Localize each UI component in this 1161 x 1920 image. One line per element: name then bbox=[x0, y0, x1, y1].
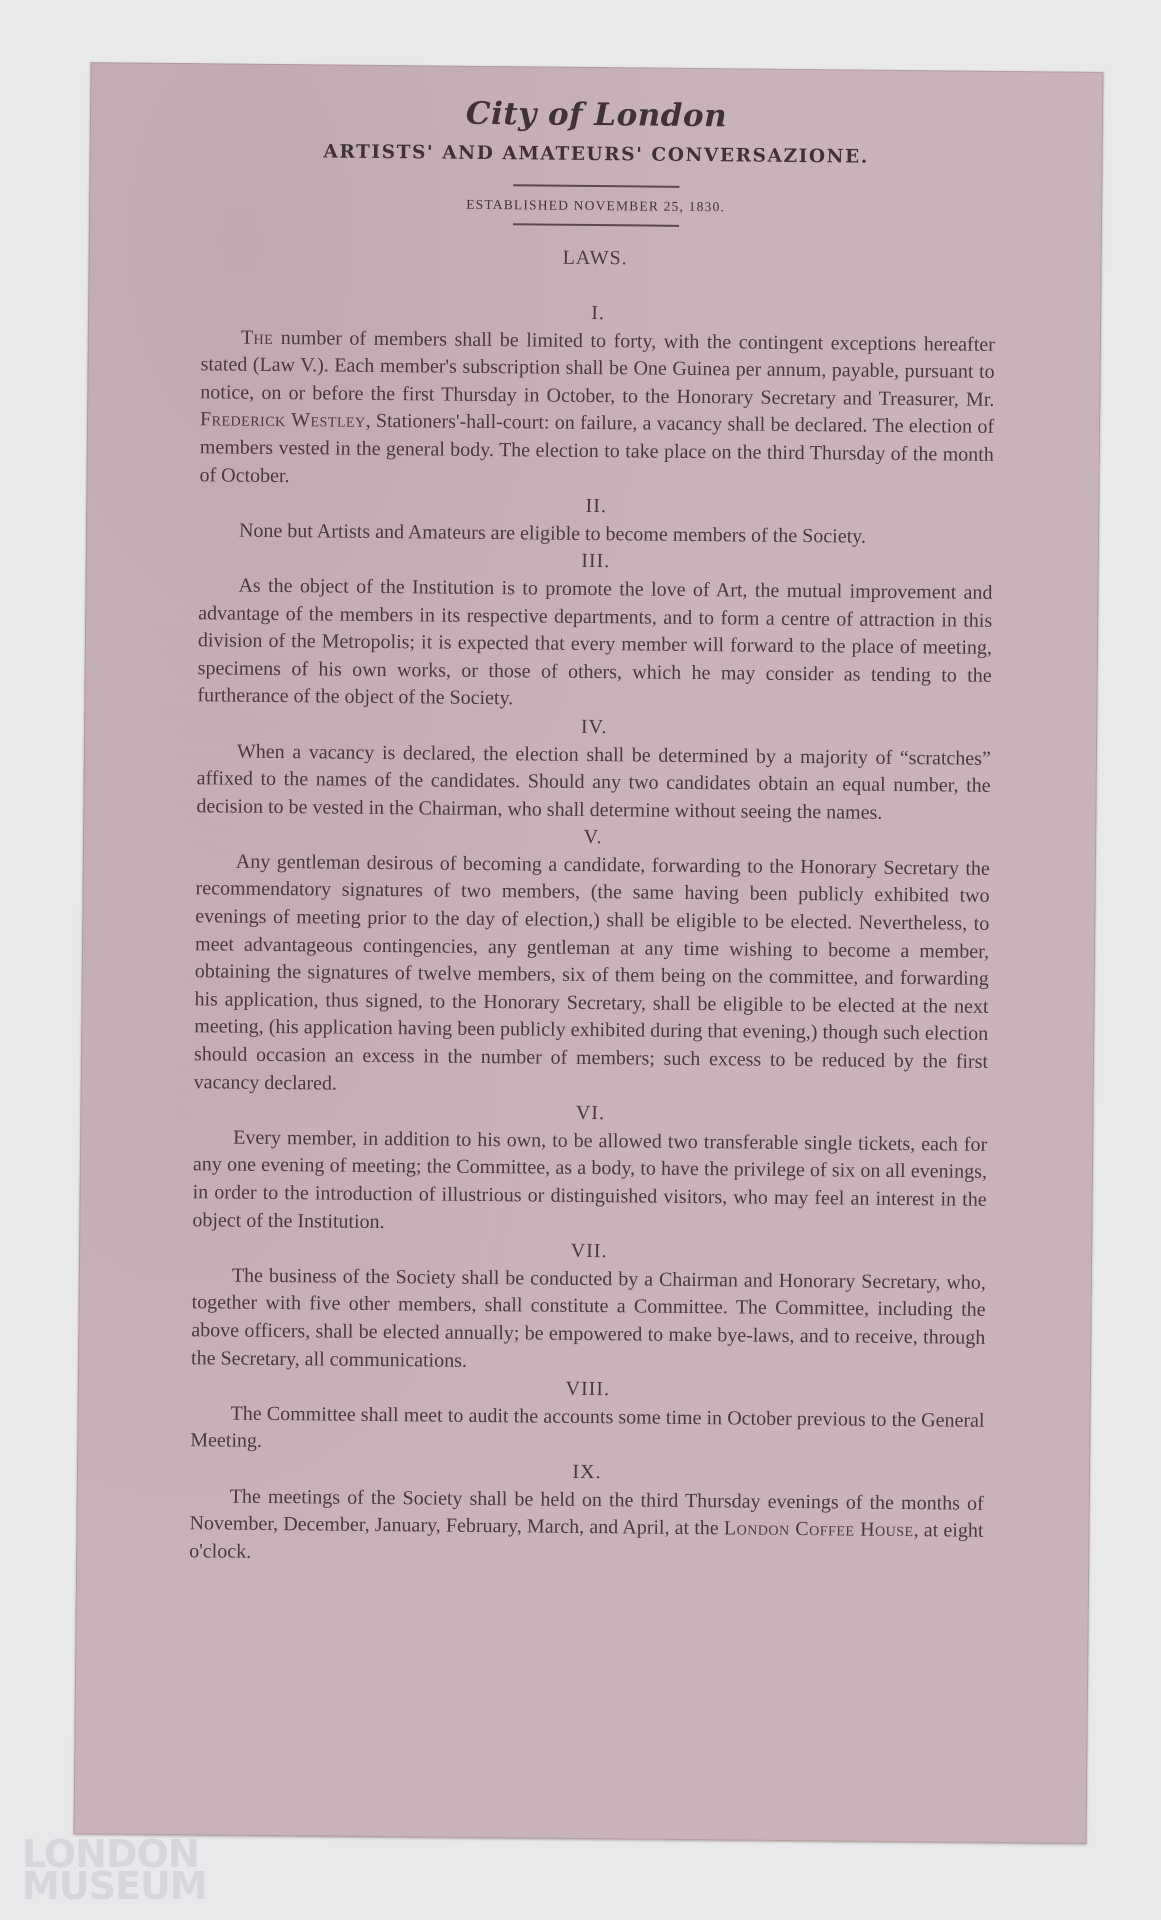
law-text: Every member, in addition to his own, to… bbox=[192, 1124, 987, 1242]
law-text: As the object of the Institution is to p… bbox=[197, 572, 992, 718]
established-date: ESTABLISHED NOVEMBER 25, 1830. bbox=[89, 192, 1102, 220]
divider-rule bbox=[513, 184, 679, 188]
laws-body: I. The number of members shall be limite… bbox=[189, 296, 995, 1573]
venue-name: London Coffee House bbox=[724, 1517, 914, 1541]
law-text: The meetings of the Society shall be hel… bbox=[189, 1483, 984, 1573]
divider-rule bbox=[512, 223, 678, 227]
watermark-line: MUSEUM bbox=[22, 1870, 207, 1902]
law-text: When a vacancy is declared, the election… bbox=[196, 738, 991, 828]
law-7: VII. The business of the Society shall b… bbox=[191, 1234, 986, 1380]
law-8: VIII. The Committee shall meet to audit … bbox=[190, 1372, 985, 1462]
law-text: The Committee shall meet to audit the ac… bbox=[190, 1400, 984, 1463]
document-title: City of London bbox=[90, 92, 1103, 138]
law-5: V. Any gentleman desirous of becoming a … bbox=[194, 821, 991, 1105]
law-3: III. As the object of the Institution is… bbox=[197, 545, 993, 718]
law-1: I. The number of members shall be limite… bbox=[199, 296, 995, 497]
law-text: Any gentleman desirous of becoming a can… bbox=[194, 848, 990, 1104]
law-6: VI. Every member, in addition to his own… bbox=[192, 1096, 987, 1242]
person-name: Frederick Westley bbox=[200, 409, 366, 433]
law-4: IV. When a vacancy is declared, the elec… bbox=[196, 710, 991, 828]
museum-watermark: LONDON MUSEUM bbox=[22, 1838, 207, 1902]
law-9: IX. The meetings of the Society shall be… bbox=[189, 1455, 984, 1573]
document-subtitle: ARTISTS' AND AMATEURS' CONVERSAZIONE. bbox=[90, 138, 1103, 172]
document-sheet: City of London ARTISTS' AND AMATEURS' CO… bbox=[74, 62, 1104, 1844]
law-2: II. None but Artists and Amateurs are el… bbox=[199, 489, 993, 552]
law-text: The number of members shall be limited t… bbox=[199, 324, 995, 497]
law-text: The business of the Society shall be con… bbox=[191, 1262, 986, 1380]
law-lead-word: The bbox=[241, 326, 274, 348]
laws-heading: LAWS. bbox=[89, 241, 1102, 275]
document-header: City of London ARTISTS' AND AMATEURS' CO… bbox=[89, 92, 1104, 275]
law-text-part: number of members shall be limited to fo… bbox=[200, 327, 995, 411]
